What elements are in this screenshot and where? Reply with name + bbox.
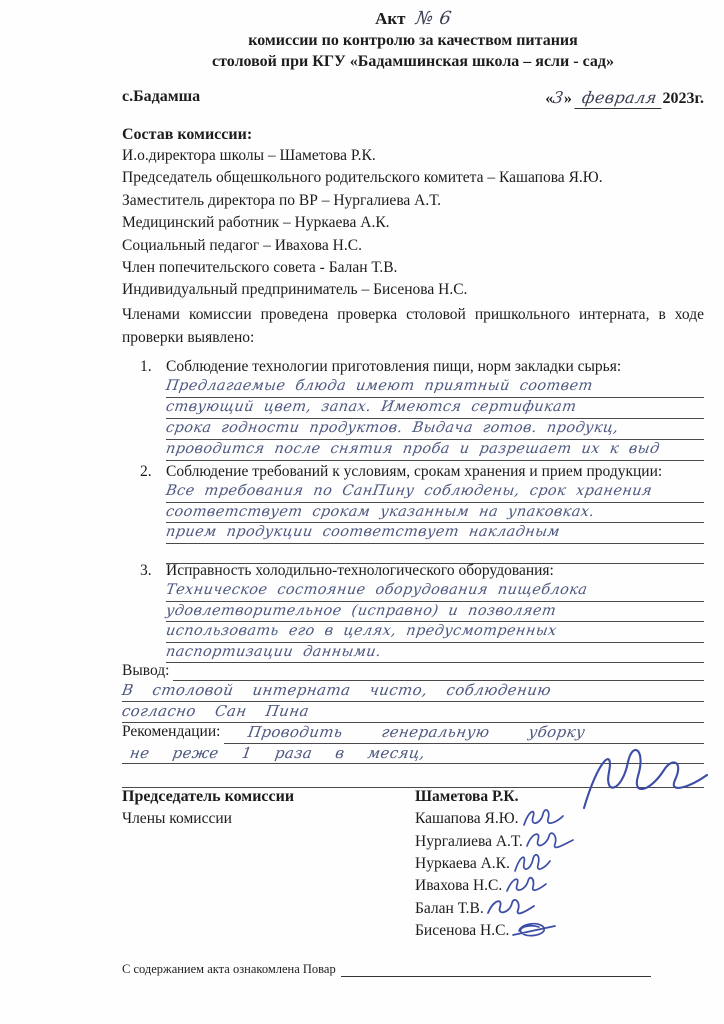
handwritten-line: проводится после снятия проба и разрешае… [166,440,704,461]
signatory-name: Бисенова Н.С. [415,922,509,940]
signatory-name: Шаметова Р.К. [415,788,519,806]
conclusion-block: Вывод: В столовой интерната чисто, соблю… [122,661,704,723]
date-year: 2023г. [663,90,704,107]
handwritten-line: соответствует срокам указанным на упаков… [166,503,704,524]
signature-squiggle [511,920,557,942]
document-subtitle-1: комиссии по контролю за качеством питани… [122,32,704,50]
commission-member: Председатель общешкольного родительского… [122,167,704,189]
handwritten-line: В столовой интерната чисто, соблюдению [122,681,704,702]
commission-member: Социальный педагог – Ивахова Н.С. [122,235,704,257]
signatory-name: Балан Т.В. [415,900,484,918]
signature-row: Ивахова Н.С. [415,875,704,897]
handwritten-line: удовлетворительное (исправно) и позволяе… [166,602,704,623]
signature-squiggle [525,830,575,854]
footer-acknowledgement: С содержанием акта ознакомлена Повар [122,962,704,977]
date-month-handwritten: февраля [574,88,664,109]
cook-signature-line [341,963,651,977]
signature-row: Нургалиева А.Т. [415,831,704,853]
recommendations-label: Рекомендации: [122,722,220,744]
act-label: Акт [375,9,405,28]
signature-row: Шаметова Р.К. [415,786,704,808]
footer-text: С содержанием акта ознакомлена Повар [122,962,336,977]
handwritten-line: согласно Сан Пина [122,702,704,723]
commission-member: И.о.директора школы – Шаметова Р.К. [122,145,704,167]
signature-row: Бисенова Н.С. [415,920,704,942]
item-number: 3. [140,560,166,581]
handwritten-line: паспортизации данными. [166,643,704,664]
location-date-row: с.Бадамша «3» февраля2023г. [122,88,704,109]
signatory-name: Нургалиева А.Т. [415,833,523,851]
ruled-line [173,661,704,681]
intro-paragraph: Членами комиссии проведена проверка стол… [122,303,704,349]
handwritten-line: Все требования по СанПину соблюдены, сро… [166,482,704,503]
signature-squiggle [521,807,565,831]
members-label: Члены комиссии [122,808,415,830]
chairman-label: Председатель комиссии [122,786,415,808]
item-number: 1. [140,356,166,377]
signature-squiggle [512,852,552,876]
item-number: 2. [140,461,166,482]
date: «3» февраля2023г. [545,88,704,109]
commission-member: Член попечительского совета - Балан Т.В. [122,257,704,279]
commission-member: Индивидуальный предприниматель – Бисенов… [122,279,704,301]
signatory-name: Нуркаева А.К. [415,855,510,873]
signature-row: Балан Т.В. [415,897,704,919]
handwritten-line: использовать его в целях, предусмотренны… [166,622,704,643]
handwritten-line: срока годности продуктов. Выдача готов. … [166,419,704,440]
act-number-handwritten: № 6 [414,8,453,29]
signatory-name: Ивахова Н.С. [415,877,502,895]
document-subtitle-2: столовой при КГУ «Бадамшинская школа – я… [122,53,704,71]
document-title: Акт№ 6 [122,8,704,29]
handwritten-line: Предлагаемые блюда имеют приятный соотве… [166,377,704,398]
location: с.Бадамша [122,88,200,109]
commission-list: Состав комиссии: И.о.директора школы – Ш… [122,126,704,302]
date-close-quote: » [564,90,572,107]
handwritten-line: ствующий цвет, запах. Имеются сертификат [166,398,704,419]
item-title: Соблюдение требований к условиям, срокам… [166,461,662,482]
checklist-item-1: 1. Соблюдение технологии приготовления п… [122,356,704,461]
signature-squiggle [486,897,536,921]
handwritten-line: прием продукции соответствует накладным [166,523,704,544]
checklist-item-2: 2. Соблюдение требований к условиям, сро… [122,461,704,564]
signatures-block: Председатель комиссии Члены комиссии Шам… [122,786,704,942]
title-block: Акт№ 6 комиссии по контролю за качеством… [122,8,704,71]
signature-row: Кашапова Я.Ю. [415,808,704,830]
commission-heading: Состав комиссии: [122,126,704,144]
handwritten-line: Техническое состояние оборудования пищеб… [166,581,704,602]
signature-row: Нуркаева А.К. [415,853,704,875]
signatory-name: Кашапова Я.Ю. [415,810,519,828]
commission-member: Медицинский работник – Нуркаева А.К. [122,212,704,234]
item-title: Исправность холодильно-технологического … [166,560,554,581]
item-title: Соблюдение технологии приготовления пищи… [166,356,621,377]
commission-member: Заместитель директора по ВР – Нургалиева… [122,190,704,212]
signature-squiggle [504,874,548,898]
scanned-act-document: Акт№ 6 комиссии по контролю за качеством… [0,0,724,1024]
ruled-line: Проводить генеральную уборку [224,722,704,744]
checklist-item-3: 3. Исправность холодильно-технологическо… [122,560,704,663]
conclusion-label: Вывод: [122,661,169,681]
